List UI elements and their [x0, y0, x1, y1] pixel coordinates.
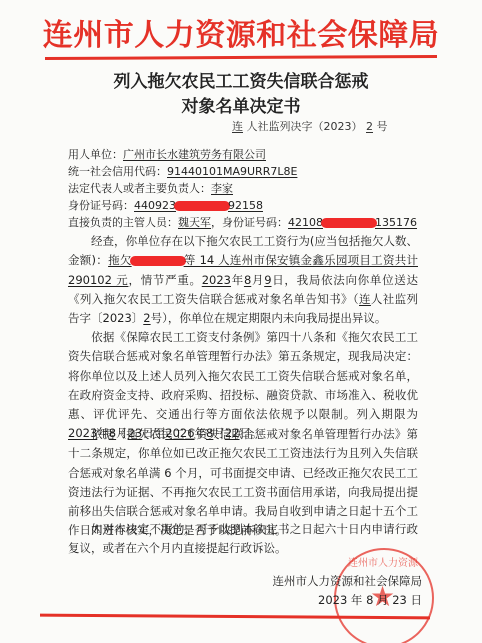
- supervisor-value: 魏天军: [178, 216, 211, 229]
- employer-value: 广州市长水建筑劳务有限公司: [123, 148, 266, 161]
- signature-date: 2023 年 8 月 23 日: [318, 592, 422, 608]
- document-title-line2: 对象名单决定书: [0, 92, 482, 117]
- id-prefix: 440923: [134, 199, 176, 212]
- supervisor-id-prefix: 42108: [288, 216, 323, 229]
- notice-year: 2023: [202, 273, 231, 287]
- decision-document: 连州市人力资源和社会保障局 列入拖欠农民工工资失信联合惩戒 对象名单决定书 连 …: [0, 0, 482, 643]
- document-number: 连 人社监列决字（2023） 2 号: [232, 118, 388, 134]
- redaction-mark: [321, 218, 377, 228]
- red-divider-top: [45, 55, 437, 60]
- doc-number-middle: 人社监列决字（2023）: [247, 120, 363, 133]
- supervisor-id-suffix: 135176: [375, 216, 417, 229]
- id-number-row: 身份证号码：44092392158: [68, 197, 263, 213]
- credit-code-value: 91440101MA9URR7L8E: [167, 165, 297, 178]
- legal-rep-value: 李家: [211, 182, 233, 195]
- findings-text: 年: [231, 273, 244, 287]
- signature-org: 连州市人力资源和社会保障局: [273, 573, 423, 589]
- findings-text: 月: [251, 273, 264, 287]
- supervisor-label: 直接负责的主管人员：: [68, 216, 178, 229]
- decision-text: 依据《保障农民工工资支付条例》第四十八条和《拖欠农民工工资失信联合惩戒对象名单管…: [68, 330, 418, 421]
- document-title-line1: 列入拖欠农民工工资失信联合惩戒: [0, 67, 482, 92]
- id-label: 身份证号码：: [68, 199, 134, 212]
- id-suffix: 92158: [228, 199, 263, 212]
- doc-number-prefix: 连: [232, 120, 243, 133]
- redaction-mark: [130, 256, 186, 266]
- supervisor-row: 直接负责的主管人员：魏天军，身份证号码：42108135176: [68, 214, 417, 230]
- findings-text: 号），你单位在规定期限内未向我局提出异议。: [151, 311, 387, 325]
- legal-rep-label: 法定代表人或者主要负责人：: [68, 182, 211, 195]
- paragraph-findings: 经查，你单位存在以下拖欠农民工工资行为(应当包括拖欠人数、金额)：拖欠等 14 …: [68, 232, 418, 328]
- doc-number-value: 2: [366, 120, 373, 133]
- credit-code-label: 统一社会信用代码：: [68, 165, 167, 178]
- seal-text: 连州市人力资源和社会保障局: [348, 554, 418, 569]
- findings-text: ，情节严重。: [128, 273, 201, 287]
- supervisor-id-label: ，身份证号码：: [211, 216, 288, 229]
- credit-code-row: 统一社会信用代码：91440101MA9URR7L8E: [68, 163, 297, 179]
- redaction-mark: [174, 201, 230, 211]
- notice-day: 9: [264, 273, 271, 287]
- masthead-org-name: 连州市人力资源和社会保障局: [0, 10, 482, 54]
- notice-prefix: 连: [359, 292, 371, 306]
- doc-number-suffix: 号: [377, 120, 388, 133]
- legal-rep-row: 法定代表人或者主要负责人：李家: [68, 180, 233, 196]
- arrears-detail-a: 拖欠: [108, 253, 132, 267]
- notice-number: 2: [143, 311, 150, 325]
- employer-label: 用人单位：: [68, 148, 123, 161]
- employer-row: 用人单位：广州市长水建筑劳务有限公司: [68, 146, 266, 162]
